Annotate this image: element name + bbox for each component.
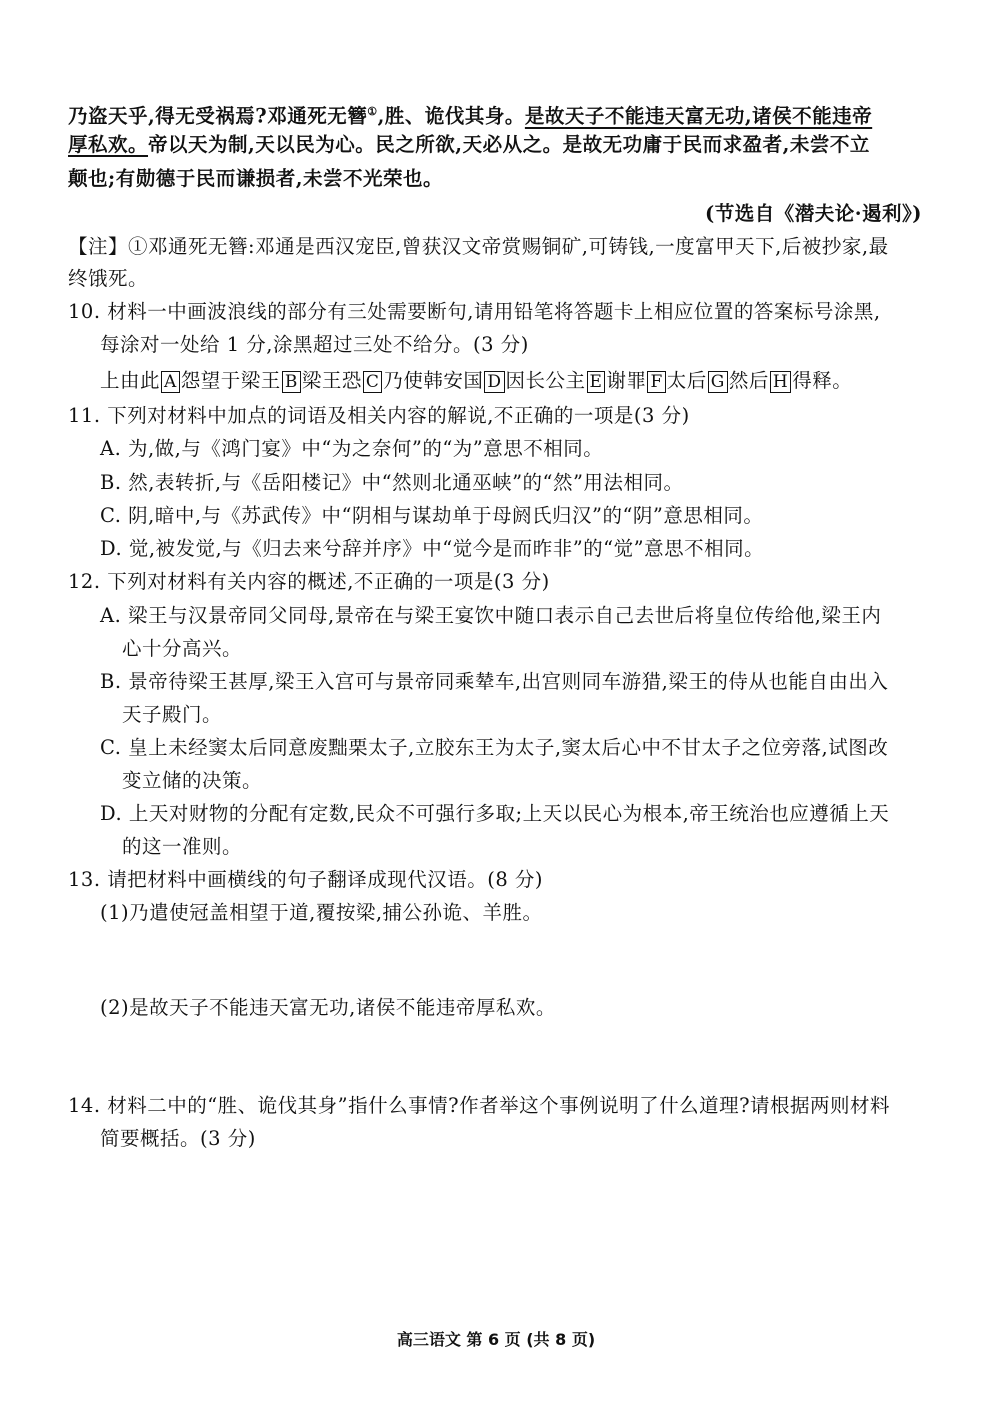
q10-stem: 10. 材料一中画波浪线的部分有三处需要断句,请用铅笔将答题卡上相应位置的答案标… (68, 298, 881, 326)
q11-option-a: A. 为,做,与《鸿门宴》中“为之奈何”的“为”意思不相同。 (100, 435, 603, 463)
segment-text: 梁王恐 (302, 369, 362, 392)
passage-text: 乃盗天乎,得无受祸焉?邓通死无簪 (68, 105, 367, 128)
segment-text: 怨望于梁王 (181, 369, 281, 392)
segment-text: 因长公主 (506, 369, 586, 392)
answer-mark-d[interactable]: D (484, 371, 504, 393)
q11-option-c: C. 阴,暗中,与《苏武传》中“阴相与谋劫单于母阏氏归汉”的“阴”意思相同。 (100, 502, 763, 530)
passage-source: (节选自《潜夫论·遏利》) (705, 200, 922, 228)
segment-text: 谢罪 (606, 369, 646, 392)
q10-stem-cont: 每涂对一处给 1 分,涂黑超过三处不给分。(3 分) (100, 331, 529, 359)
exam-page: 乃盗天乎,得无受祸焉?邓通死无簪①,胜、诡伐其身。是故天子不能违天富无功,诸侯不… (0, 0, 992, 1402)
segment-text: 乃使韩安国 (383, 369, 483, 392)
answer-mark-h[interactable]: H (770, 371, 791, 393)
q12-option-d-cont: 的这一准则。 (122, 833, 242, 861)
q12-option-b: B. 景帝待梁王甚厚,梁王入宫可与景帝同乘辇车,出宫则同车游猎,梁王的侍从也能自… (100, 668, 888, 696)
answer-mark-f[interactable]: F (647, 371, 665, 393)
q12-option-c-cont: 变立储的决策。 (122, 767, 262, 795)
underlined-sentence: 是故天子不能违天富无功,诸侯不能违帝 (525, 105, 872, 128)
q13-stem: 13. 请把材料中画横线的句子翻译成现代汉语。(8 分) (68, 866, 543, 894)
q12-option-d: D. 上天对财物的分配有定数,民众不可强行多取;上天以民心为根本,帝王统治也应遵… (100, 800, 889, 828)
q14-stem: 14. 材料二中的“胜、诡伐其身”指什么事情?作者举这个事例说明了什么道理?请根… (68, 1092, 890, 1120)
q12-option-a-cont: 心十分高兴。 (122, 635, 242, 663)
q12-stem: 12. 下列对材料有关内容的概述,不正确的一项是(3 分) (68, 568, 550, 596)
answer-mark-e[interactable]: E (587, 371, 606, 393)
answer-mark-c[interactable]: C (363, 371, 383, 393)
segment-text: 上由此 (100, 369, 160, 392)
page-footer: 高三语文 第 6 页 (共 8 页) (0, 1327, 992, 1350)
passage-text: ,胜、诡伐其身。 (378, 105, 525, 128)
q12-option-a: A. 梁王与汉景帝同父同母,景帝在与梁王宴饮中随口表示自己去世后将皇位传给他,梁… (100, 602, 881, 630)
footnote-marker: ① (367, 105, 377, 118)
answer-mark-a[interactable]: A (161, 371, 180, 393)
q12-option-c: C. 皇上未经窦太后同意废黜栗太子,立胶东王为太子,窦太后心中不甘太子之位旁落,… (100, 734, 888, 762)
note-line-2: 终饿死。 (68, 265, 148, 293)
segment-text: 然后 (729, 369, 769, 392)
underlined-sentence: 厚私欢。 (68, 133, 148, 156)
q11-option-b: B. 然,表转折,与《岳阳楼记》中“然则北通巫峡”的“然”用法相同。 (100, 469, 684, 497)
answer-mark-g[interactable]: G (708, 371, 728, 393)
note-line-1: 【注】①邓通死无簪:邓通是西汉宠臣,曾获汉文帝赏赐铜矿,可铸钱,一度富甲天下,后… (68, 233, 889, 261)
q11-stem: 11. 下列对材料中加点的词语及相关内容的解说,不正确的一项是(3 分) (68, 402, 690, 430)
q13-sentence-2: (2)是故天子不能违天富无功,诸侯不能违帝厚私欢。 (100, 994, 556, 1022)
q14-stem-cont: 简要概括。(3 分) (100, 1125, 256, 1153)
passage-line-2: 厚私欢。帝以天为制,天以民为心。民之所欲,天必从之。是故无功庸于民而求盈者,未尝… (68, 131, 870, 159)
q13-sentence-1: (1)乃遣使冠盖相望于道,覆按梁,捕公孙诡、羊胜。 (100, 899, 543, 927)
segment-text: 太后 (667, 369, 707, 392)
passage-text: 帝以天为制,天以民为心。民之所欲,天必从之。是故无功庸于民而求盈者,未尝不立 (148, 133, 870, 156)
passage-line-1: 乃盗天乎,得无受祸焉?邓通死无簪①,胜、诡伐其身。是故天子不能违天富无功,诸侯不… (68, 98, 872, 131)
passage-line-3: 颠也;有勋德于民而谦损者,未尝不光荣也。 (68, 165, 443, 193)
q10-segments: 上由此A怨望于梁王B梁王恐C乃使韩安国D因长公主E谢罪F太后G然后H得释。 (100, 367, 852, 395)
q11-option-d: D. 觉,被发觉,与《归去来兮辞并序》中“觉今是而昨非”的“觉”意思不相同。 (100, 535, 764, 563)
segment-text: 得释。 (792, 369, 852, 392)
q12-option-b-cont: 天子殿门。 (122, 701, 222, 729)
answer-mark-b[interactable]: B (282, 371, 301, 393)
